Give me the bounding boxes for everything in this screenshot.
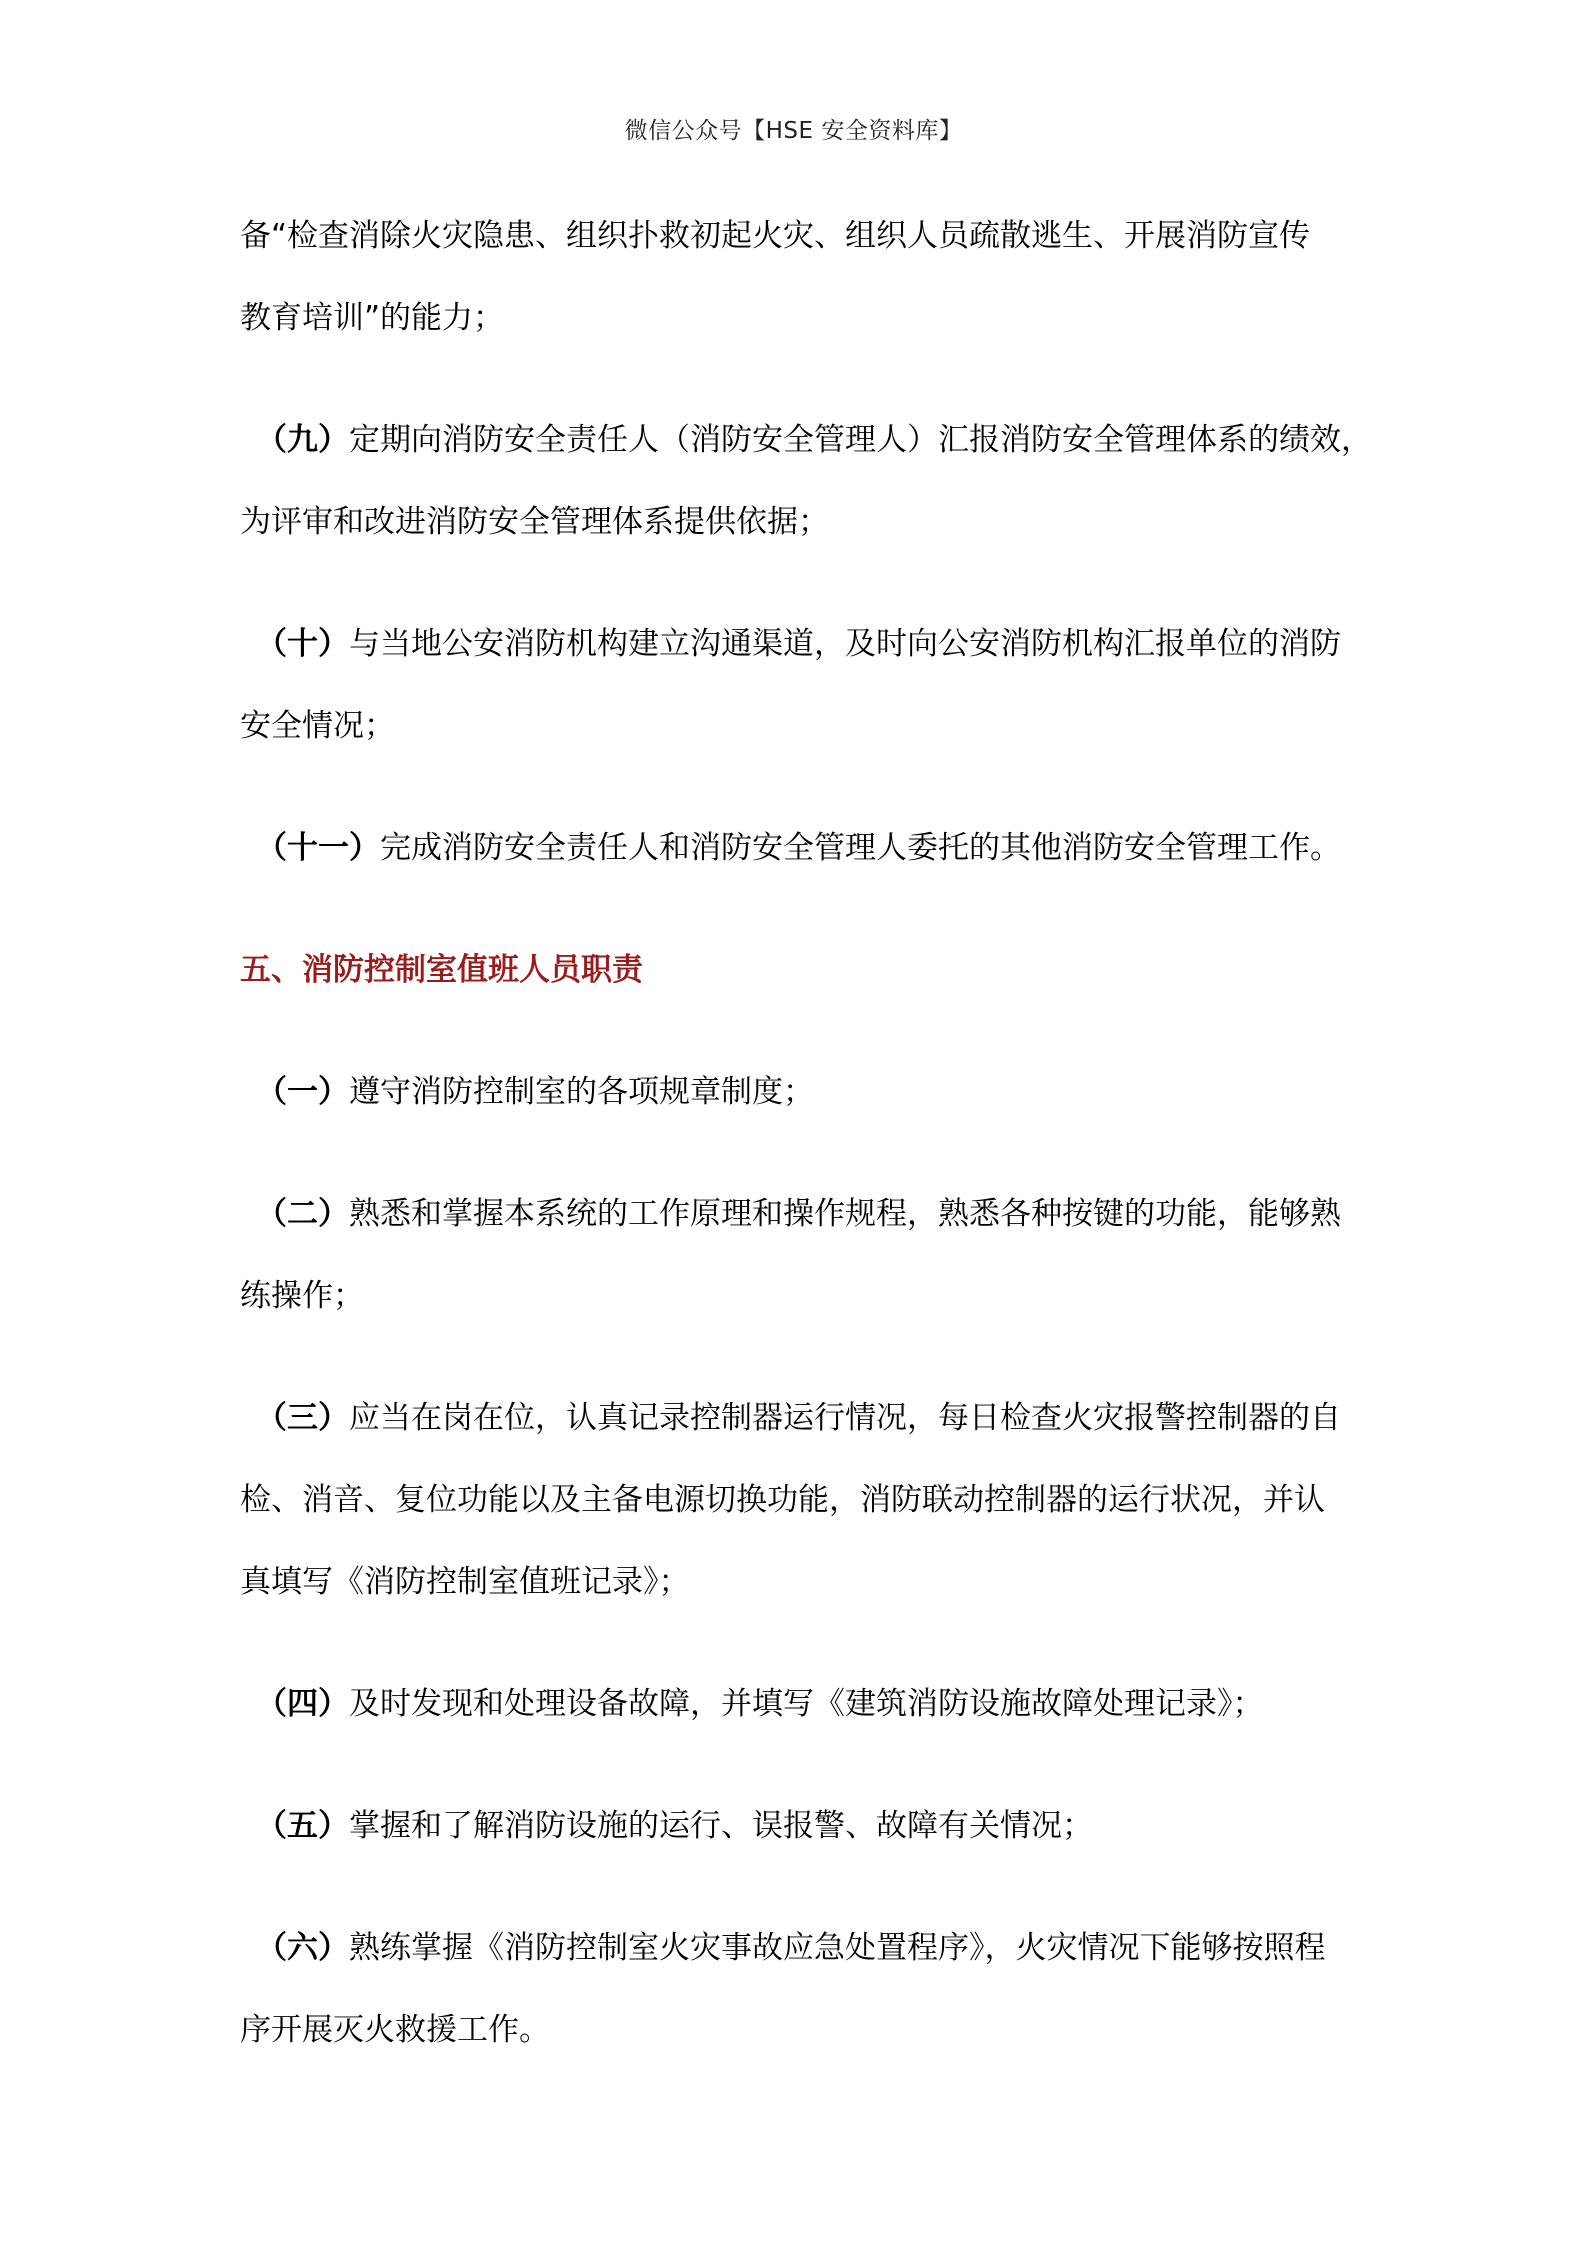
item-number: （九）: [256, 422, 349, 458]
item-text: 应当在岗在位，认真记录控制器运行情况，每日检查火灾报警控制器的自: [349, 1400, 1341, 1436]
text-line: 教育培训”的能力；: [240, 298, 504, 338]
text-line: （五）掌握和了解消防设施的运行、误报警、故障有关情况；: [256, 1806, 1093, 1846]
text-line: （四）及时发现和处理设备故障，并填写《建筑消防设施故障处理记录》；: [256, 1684, 1264, 1724]
item-number: （一）: [256, 1074, 349, 1110]
text-line: 为评审和改进消防安全管理体系提供依据；: [240, 502, 829, 542]
item-text: 熟悉和掌握本系统的工作原理和操作规程，熟悉各种按键的功能，能够熟: [349, 1196, 1341, 1232]
text-line: （二）熟悉和掌握本系统的工作原理和操作规程，熟悉各种按键的功能，能够熟: [256, 1194, 1341, 1234]
text-line: （九）定期向消防安全责任人（消防安全管理人）汇报消防安全管理体系的绩效，: [256, 420, 1372, 460]
section-heading: 五、消防控制室值班人员职责: [240, 950, 643, 990]
item-text: 定期向消防安全责任人（消防安全管理人）汇报消防安全管理体系的绩效，: [349, 422, 1372, 458]
text-line: （六）熟练掌握《消防控制室火灾事故应急处置程序》，火灾情况下能够按照程: [256, 1928, 1326, 1968]
text-line: 备“检查消除火灾隐患、组织扑救初起火灾、组织人员疏散逃生、开展消防宣传: [240, 216, 1310, 256]
item-text: 与当地公安消防机构建立沟通渠道，及时向公安消防机构汇报单位的消防: [349, 626, 1341, 662]
item-number: （四）: [256, 1686, 349, 1722]
item-text: 完成消防安全责任人和消防安全管理人委托的其他消防安全管理工作。: [380, 830, 1341, 866]
item-number: （六）: [256, 1930, 349, 1966]
item-number: （三）: [256, 1400, 349, 1436]
item-number: （二）: [256, 1196, 349, 1232]
item-text: 及时发现和处理设备故障，并填写《建筑消防设施故障处理记录》；: [349, 1686, 1264, 1722]
text-line: （十）与当地公安消防机构建立沟通渠道，及时向公安消防机构汇报单位的消防: [256, 624, 1341, 664]
text-line: 安全情况；: [240, 706, 395, 746]
item-number: （十）: [256, 626, 349, 662]
page-header: 微信公众号【HSE 安全资料库】: [0, 112, 1587, 145]
text-line: （三）应当在岗在位，认真记录控制器运行情况，每日检查火灾报警控制器的自: [256, 1398, 1341, 1438]
text-line: 序开展灭火救援工作。: [240, 2010, 550, 2050]
text-line: 真填写《消防控制室值班记录》；: [240, 1562, 690, 1602]
text-line: （十一）完成消防安全责任人和消防安全管理人委托的其他消防安全管理工作。: [256, 828, 1341, 868]
item-text: 掌握和了解消防设施的运行、误报警、故障有关情况；: [349, 1808, 1093, 1844]
item-number: （五）: [256, 1808, 349, 1844]
item-text: 熟练掌握《消防控制室火灾事故应急处置程序》，火灾情况下能够按照程: [349, 1930, 1326, 1966]
item-text: 遵守消防控制室的各项规章制度；: [349, 1074, 814, 1110]
text-line: 练操作；: [240, 1276, 364, 1316]
text-line: （一）遵守消防控制室的各项规章制度；: [256, 1072, 814, 1112]
item-number: （十一）: [256, 830, 380, 866]
text-line: 检、消音、复位功能以及主备电源切换功能，消防联动控制器的运行状况，并认: [240, 1480, 1325, 1520]
